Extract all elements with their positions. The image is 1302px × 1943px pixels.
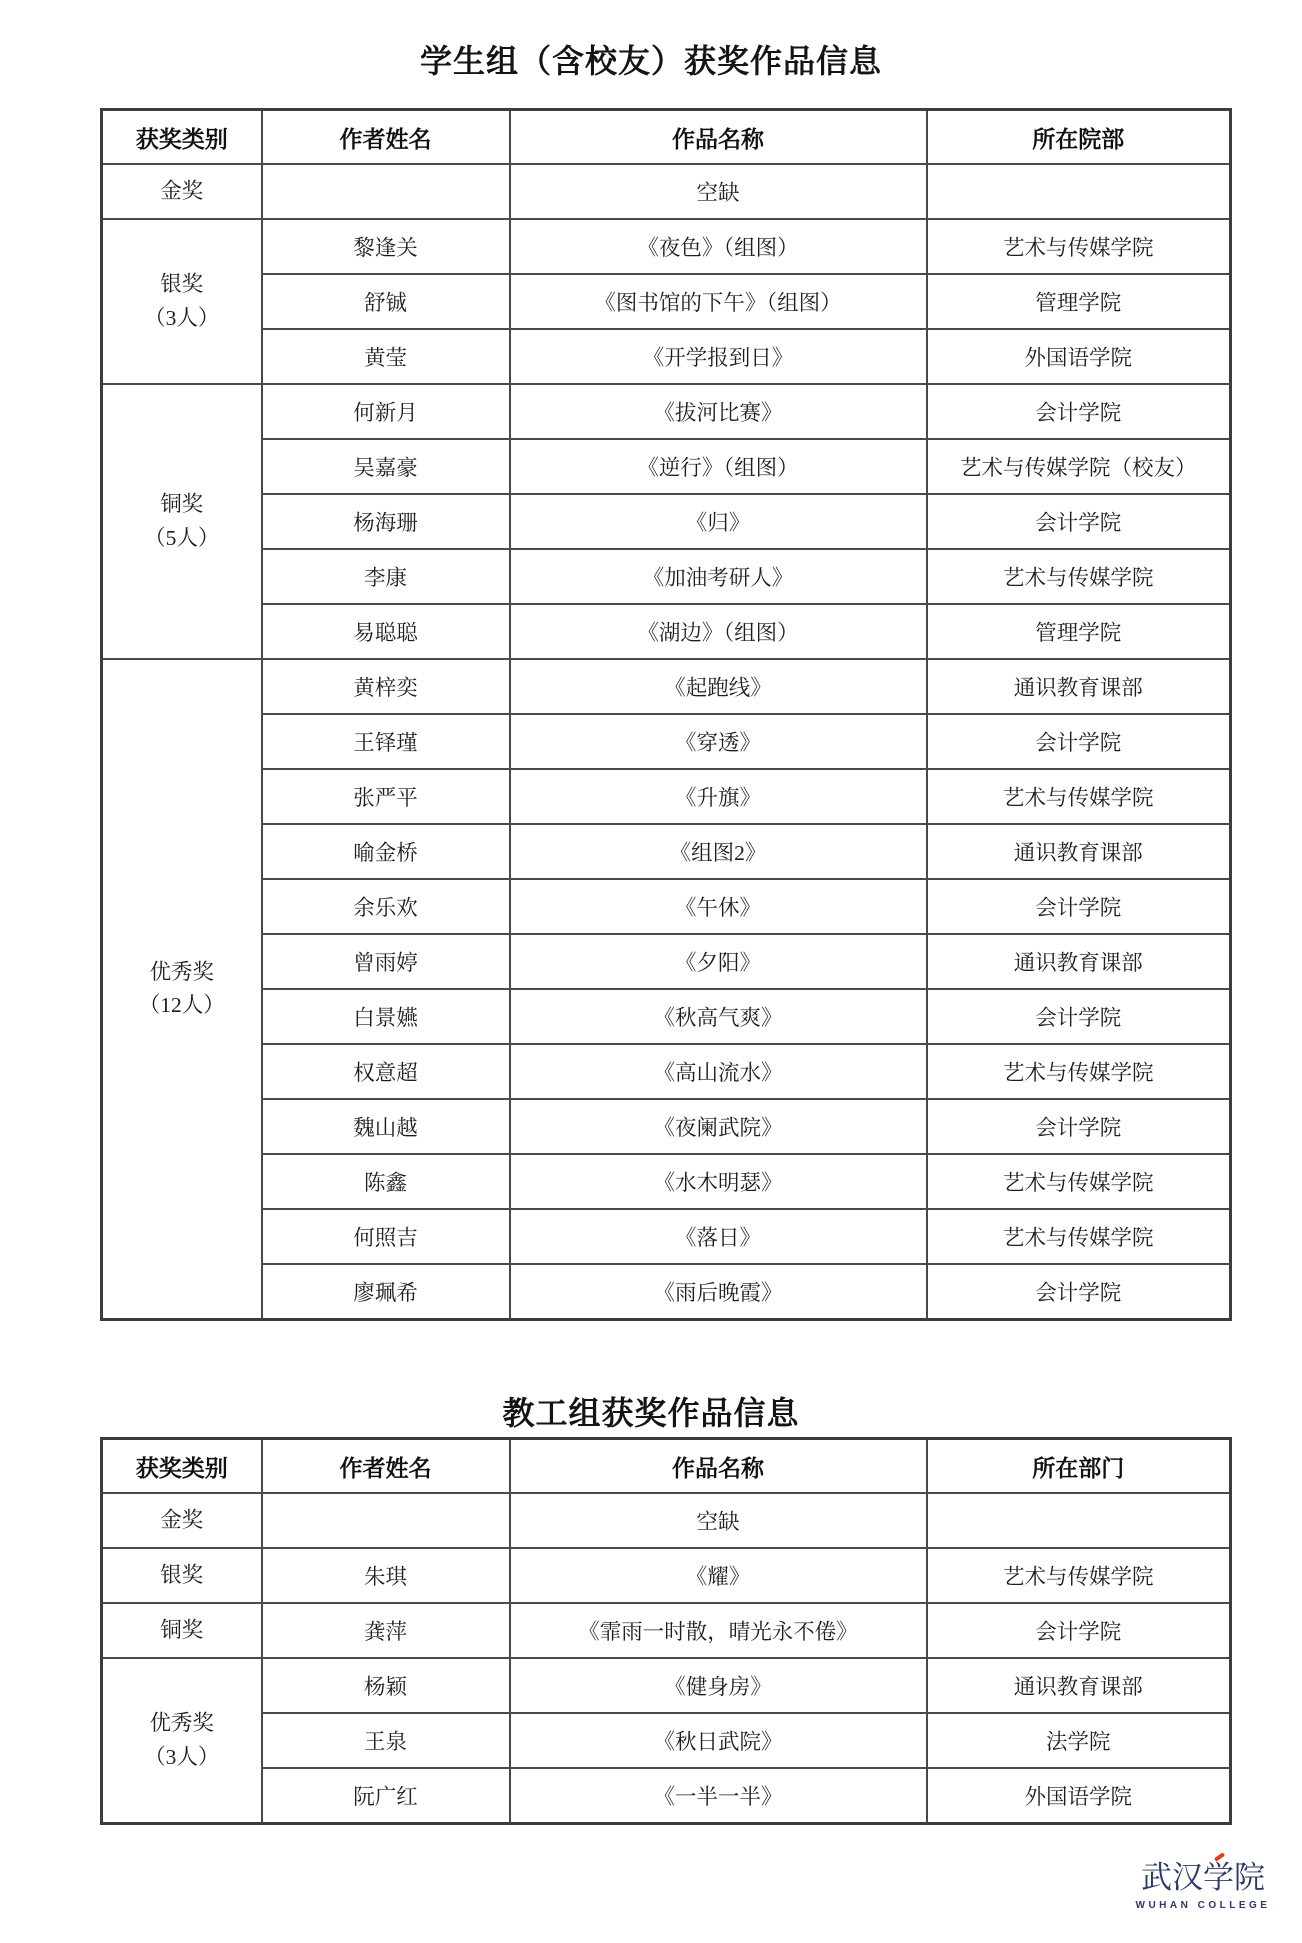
category-count: （5人）: [109, 522, 255, 555]
header-cell-category: 获奖类别: [102, 110, 262, 165]
author-cell: 舒铖: [262, 274, 510, 329]
table-row: 王泉 《秋日武院》 法学院: [102, 1713, 1231, 1768]
author-cell: 陈鑫: [262, 1154, 510, 1209]
category-count: （3人）: [109, 302, 255, 335]
college-cell: 会计学院: [927, 1099, 1231, 1154]
header-cell-department: 所在部门: [927, 1439, 1231, 1494]
author-cell: [262, 1493, 510, 1548]
author-cell: 杨海珊: [262, 494, 510, 549]
category-label: 铜奖: [109, 1614, 255, 1647]
author-cell: 喻金桥: [262, 824, 510, 879]
staff-awards-table: 获奖类别 作者姓名 作品名称 所在部门 金奖 空缺 银奖 朱琪 《耀》 艺术与传…: [100, 1437, 1232, 1825]
work-cell: 《湖边》（组图）: [510, 604, 927, 659]
work-cell: 《健身房》: [510, 1658, 927, 1713]
table-row: 杨海珊 《归》 会计学院: [102, 494, 1231, 549]
author-cell: 曾雨婷: [262, 934, 510, 989]
work-cell: 《午休》: [510, 879, 927, 934]
table-row: 白景嬿 《秋高气爽》 会计学院: [102, 989, 1231, 1044]
author-cell: 黄莹: [262, 329, 510, 384]
work-cell: 《穿透》: [510, 714, 927, 769]
work-cell: 《高山流水》: [510, 1044, 927, 1099]
header-cell-author: 作者姓名: [262, 110, 510, 165]
table-row: 余乐欢 《午休》 会计学院: [102, 879, 1231, 934]
college-cell: 通识教育课部: [927, 659, 1231, 714]
category-label: 优秀奖: [109, 956, 255, 989]
category-cell-gold: 金奖: [102, 1493, 262, 1548]
college-cell: [927, 1493, 1231, 1548]
category-label: 铜奖: [109, 488, 255, 521]
table-row: 优秀奖 （12人） 黄梓奕 《起跑线》 通识教育课部: [102, 659, 1231, 714]
table-row: 铜奖 龚萍 《霏雨一时散，晴光永不倦》 会计学院: [102, 1603, 1231, 1658]
college-cell: 艺术与传媒学院: [927, 1209, 1231, 1264]
category-cell-gold: 金奖: [102, 164, 262, 219]
work-cell: 《耀》: [510, 1548, 927, 1603]
college-cell: 管理学院: [927, 274, 1231, 329]
work-cell: 空缺: [510, 164, 927, 219]
author-cell: 何照吉: [262, 1209, 510, 1264]
student-table-title: 学生组（含校友）获奖作品信息: [0, 36, 1302, 82]
college-cell: 管理学院: [927, 604, 1231, 659]
college-cell: 艺术与传媒学院: [927, 1044, 1231, 1099]
author-cell: 黄梓奕: [262, 659, 510, 714]
work-cell: 《开学报到日》: [510, 329, 927, 384]
header-row: 获奖类别 作者姓名 作品名称 所在院部: [102, 110, 1231, 165]
category-cell-excellence: 优秀奖 （3人）: [102, 1658, 262, 1824]
work-cell: 《加油考研人》: [510, 549, 927, 604]
college-cell: 会计学院: [927, 1264, 1231, 1320]
author-cell: 朱琪: [262, 1548, 510, 1603]
header-cell-work: 作品名称: [510, 1439, 927, 1494]
category-label: 金奖: [109, 1504, 255, 1537]
logo-chinese-text: 武汉学院: [1128, 1852, 1278, 1897]
author-cell: 白景嬿: [262, 989, 510, 1044]
work-cell: 《秋日武院》: [510, 1713, 927, 1768]
author-cell: 余乐欢: [262, 879, 510, 934]
author-cell: 廖珮希: [262, 1264, 510, 1320]
college-cell: 会计学院: [927, 1603, 1231, 1658]
author-cell: 黎逢关: [262, 219, 510, 274]
category-cell-bronze: 铜奖 （5人）: [102, 384, 262, 659]
college-cell: 法学院: [927, 1713, 1231, 1768]
table-row: 金奖 空缺: [102, 164, 1231, 219]
category-count: （3人）: [109, 1741, 255, 1774]
author-cell: [262, 164, 510, 219]
table-row: 廖珮希 《雨后晚霞》 会计学院: [102, 1264, 1231, 1320]
college-cell: 会计学院: [927, 494, 1231, 549]
college-cell: 外国语学院: [927, 1768, 1231, 1824]
work-cell: 《逆行》（组图）: [510, 439, 927, 494]
table-row: 阮广红 《一半一半》 外国语学院: [102, 1768, 1231, 1824]
work-cell: 《落日》: [510, 1209, 927, 1264]
author-cell: 李康: [262, 549, 510, 604]
header-cell-college: 所在院部: [927, 110, 1231, 165]
college-cell: 外国语学院: [927, 329, 1231, 384]
work-cell: 《图书馆的下午》（组图）: [510, 274, 927, 329]
work-cell: 《水木明瑟》: [510, 1154, 927, 1209]
work-cell: 《夕阳》: [510, 934, 927, 989]
table-row: 舒铖 《图书馆的下午》（组图） 管理学院: [102, 274, 1231, 329]
author-cell: 何新月: [262, 384, 510, 439]
work-cell: 《升旗》: [510, 769, 927, 824]
header-row: 获奖类别 作者姓名 作品名称 所在部门: [102, 1439, 1231, 1494]
work-cell: 《夜阑武院》: [510, 1099, 927, 1154]
category-cell-bronze: 铜奖: [102, 1603, 262, 1658]
table-row: 曾雨婷 《夕阳》 通识教育课部: [102, 934, 1231, 989]
author-cell: 杨颖: [262, 1658, 510, 1713]
author-cell: 权意超: [262, 1044, 510, 1099]
header-cell-category: 获奖类别: [102, 1439, 262, 1494]
work-cell: 《秋高气爽》: [510, 989, 927, 1044]
college-cell: 会计学院: [927, 879, 1231, 934]
table-row: 魏山越 《夜阑武院》 会计学院: [102, 1099, 1231, 1154]
table-row: 铜奖 （5人） 何新月 《拔河比赛》 会计学院: [102, 384, 1231, 439]
table-row: 李康 《加油考研人》 艺术与传媒学院: [102, 549, 1231, 604]
work-cell: 《拔河比赛》: [510, 384, 927, 439]
college-cell: 艺术与传媒学院: [927, 219, 1231, 274]
college-cell: [927, 164, 1231, 219]
work-cell: 《夜色》（组图）: [510, 219, 927, 274]
college-cell: 艺术与传媒学院: [927, 549, 1231, 604]
author-cell: 阮广红: [262, 1768, 510, 1824]
table-row: 张严平 《升旗》 艺术与传媒学院: [102, 769, 1231, 824]
work-cell: 《一半一半》: [510, 1768, 927, 1824]
table-row: 喻金桥 《组图2》 通识教育课部: [102, 824, 1231, 879]
table-row: 优秀奖 （3人） 杨颖 《健身房》 通识教育课部: [102, 1658, 1231, 1713]
work-cell: 《归》: [510, 494, 927, 549]
college-cell: 通识教育课部: [927, 934, 1231, 989]
table-row: 银奖 朱琪 《耀》 艺术与传媒学院: [102, 1548, 1231, 1603]
table-row: 权意超 《高山流水》 艺术与传媒学院: [102, 1044, 1231, 1099]
header-cell-author: 作者姓名: [262, 1439, 510, 1494]
college-cell: 通识教育课部: [927, 824, 1231, 879]
college-cell: 会计学院: [927, 714, 1231, 769]
document-page: 学生组（含校友）获奖作品信息 获奖类别 作者姓名 作品名称 所在院部 金奖 空缺…: [0, 0, 1302, 1943]
college-cell: 艺术与传媒学院: [927, 769, 1231, 824]
college-cell: 会计学院: [927, 989, 1231, 1044]
work-cell: 《雨后晚霞》: [510, 1264, 927, 1320]
staff-table-title: 教工组获奖作品信息: [0, 1388, 1302, 1434]
author-cell: 龚萍: [262, 1603, 510, 1658]
category-cell-silver: 银奖 （3人）: [102, 219, 262, 384]
college-cell: 艺术与传媒学院（校友）: [927, 439, 1231, 494]
work-cell: 《起跑线》: [510, 659, 927, 714]
header-cell-work: 作品名称: [510, 110, 927, 165]
logo-english-text: WUHAN COLLEGE: [1128, 1900, 1278, 1911]
category-label: 银奖: [109, 268, 255, 301]
wuhan-college-logo: 武汉学院 WUHAN COLLEGE: [1128, 1852, 1278, 1911]
student-awards-table: 获奖类别 作者姓名 作品名称 所在院部 金奖 空缺 银奖 （3人） 黎逢关 《夜…: [100, 108, 1232, 1321]
author-cell: 王铎瑾: [262, 714, 510, 769]
category-cell-excellence: 优秀奖 （12人）: [102, 659, 262, 1320]
college-cell: 会计学院: [927, 384, 1231, 439]
author-cell: 张严平: [262, 769, 510, 824]
work-cell: 《霏雨一时散，晴光永不倦》: [510, 1603, 927, 1658]
category-count: （12人）: [109, 989, 255, 1022]
author-cell: 吴嘉豪: [262, 439, 510, 494]
category-label: 银奖: [109, 1559, 255, 1592]
author-cell: 魏山越: [262, 1099, 510, 1154]
college-cell: 通识教育课部: [927, 1658, 1231, 1713]
table-row: 吴嘉豪 《逆行》（组图） 艺术与传媒学院（校友）: [102, 439, 1231, 494]
work-cell: 《组图2》: [510, 824, 927, 879]
table-row: 银奖 （3人） 黎逢关 《夜色》（组图） 艺术与传媒学院: [102, 219, 1231, 274]
table-row: 金奖 空缺: [102, 1493, 1231, 1548]
table-row: 黄莹 《开学报到日》 外国语学院: [102, 329, 1231, 384]
table-row: 何照吉 《落日》 艺术与传媒学院: [102, 1209, 1231, 1264]
college-cell: 艺术与传媒学院: [927, 1154, 1231, 1209]
author-cell: 易聪聪: [262, 604, 510, 659]
author-cell: 王泉: [262, 1713, 510, 1768]
table-row: 易聪聪 《湖边》（组图） 管理学院: [102, 604, 1231, 659]
work-cell: 空缺: [510, 1493, 927, 1548]
college-cell: 艺术与传媒学院: [927, 1548, 1231, 1603]
table-row: 陈鑫 《水木明瑟》 艺术与传媒学院: [102, 1154, 1231, 1209]
table-row: 王铎瑾 《穿透》 会计学院: [102, 714, 1231, 769]
category-label: 金奖: [109, 175, 255, 208]
category-label: 优秀奖: [109, 1707, 255, 1740]
category-cell-silver: 银奖: [102, 1548, 262, 1603]
